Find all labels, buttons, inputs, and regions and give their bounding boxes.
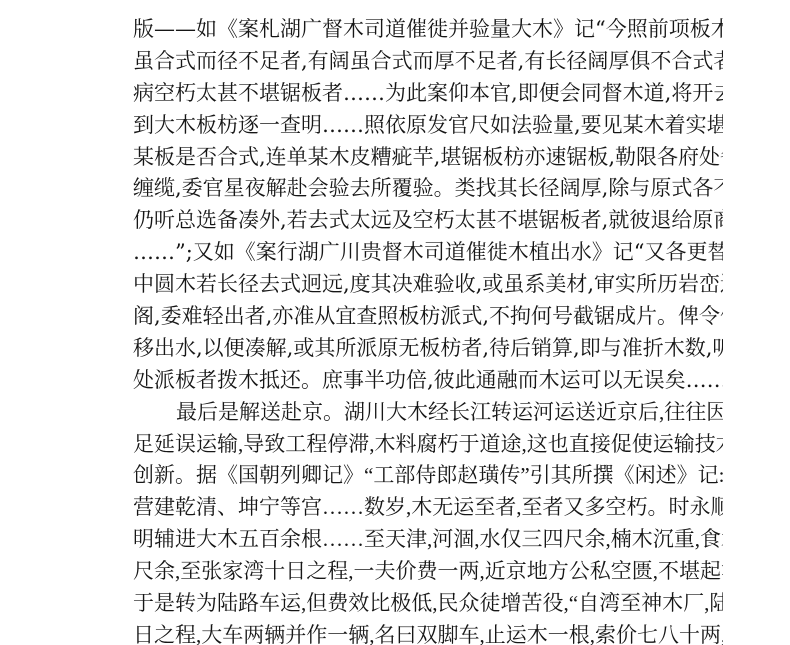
text-line: 于是转为陆路车运,但费效比极低,民众徒增苦役,“自湾至神木厂,陆路半 <box>133 588 723 620</box>
text-line: 仍听总选备凑外,若去式太远及空朽太甚不堪锯板者,就彼退给原商领卖 <box>133 205 723 237</box>
text-line: 版——如《案札湖广督木司道催徙并验量大木》记“今照前项板木内,有长 <box>133 14 723 46</box>
narrative-paragraph: 最后是解送赴京。湖川大木经长江转运河运送近京后,往往因水位不足延误运输,导致工程… <box>133 397 723 645</box>
text-block: 版——如《案札湖广督木司道催徙并验量大木》记“今照前项板木内,有长虽合式而径不足… <box>133 14 723 645</box>
text-line: 处派板者拨木抵还。庶事半功倍,彼此通融而木运可以无误矣……” <box>133 365 723 397</box>
text-line: 移出水,以便凑解,或其所派原无板枋者,待后销算,即与准折木数,听以他 <box>133 333 723 365</box>
text-line: 最后是解送赴京。湖川大木经长江转运河运送近京后,往往因水位不 <box>133 397 723 429</box>
text-line: ……”;又如《案行湖广川贵督木司道催徙木植出水》记“又各更替管理,其 <box>133 237 723 269</box>
text-line: 明辅进大木五百余根……至天津,河涸,水仅三四尺余,楠木沉重,食水五六 <box>133 524 723 556</box>
text-line: 虽合式而径不足者,有阔虽合式而厚不足者,有长径阔厚俱不合式者,有疵 <box>133 46 723 78</box>
text-line: 中圆木若长径去式迥远,度其决难验收,或虽系美材,审实所历岩峦逐步阻 <box>133 269 723 301</box>
text-line: 病空朽太甚不堪锯板者……为此案仰本官,即便会同督木道,将开去各处报 <box>133 78 723 110</box>
quoted-archival-paragraph: 版——如《案札湖广督木司道催徙并验量大木》记“今照前项板木内,有长虽合式而径不足… <box>133 14 723 397</box>
text-line: 日之程,大车两辆并作一辆,名曰双脚车,止运木一根,索价七八十两,甚至 <box>133 620 723 645</box>
text-line: 足延误运输,导致工程停滞,木料腐朽于道途,这也直接促使运输技术出现 <box>133 429 723 461</box>
text-line: 尺余,至张家湾十日之程,一夫价费一两,近京地方公私空匮,不堪起派。” <box>133 556 723 588</box>
text-line: 创新。据《国朝列卿记》“工部侍郎赵璜传”引其所撰《闲述》记:“正德中, <box>133 460 723 492</box>
text-line: 营建乾清、坤宁等宫……数岁,木无运至者,至者又多空朽。时永顺宣慰彭 <box>133 492 723 524</box>
text-line: 缠缆,委官星夜解赴会验去所覆验。类找其长径阔厚,除与原式各不相远者 <box>133 173 723 205</box>
text-line: 阁,委难轻出者,亦准从宜查照板枋派式,不拘何号截锯成片。俾令便薄拖 <box>133 301 723 333</box>
text-line: 某板是否合式,连单某木皮糟疵芉,堪锯板枋亦速锯板,勒限各府处备工食、 <box>133 142 723 174</box>
text-line: 到大木板枋逐一查明……照依原发官尺如法验量,要见某木着实堪作某号 <box>133 110 723 142</box>
book-page: 版——如《案札湖广督木司道催徙并验量大木》记“今照前项板木内,有长虽合式而径不足… <box>0 0 790 645</box>
